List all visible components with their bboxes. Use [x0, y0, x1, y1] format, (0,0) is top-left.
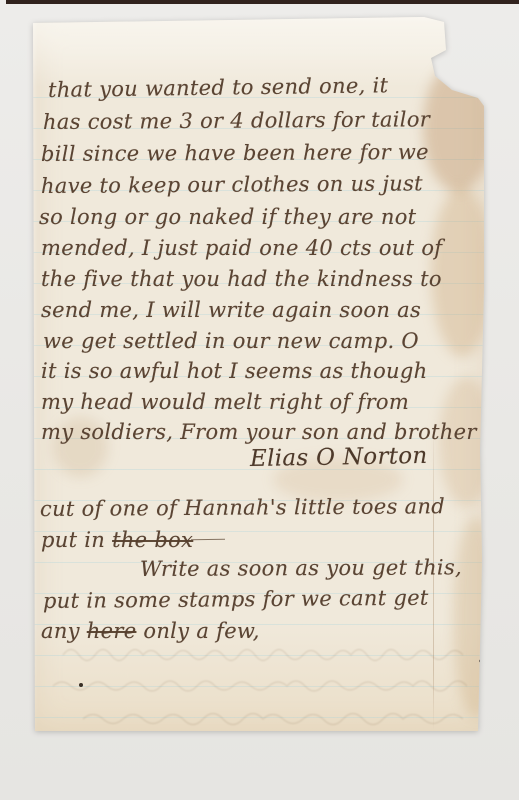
- letter-line: we get settled in our new camp. O: [43, 329, 419, 353]
- struck-text: the box: [112, 528, 193, 552]
- signature: Elias O Norton: [250, 443, 428, 472]
- line-text: my head would melt right of from: [41, 390, 409, 414]
- line-text: bill since we have been here for we: [41, 140, 429, 166]
- ink-speck: [479, 659, 484, 663]
- letter-page-wrap: that you wanted to send one, it has cost…: [33, 17, 484, 731]
- letter-page: that you wanted to send one, it has cost…: [33, 17, 484, 731]
- letter-line: bill since we have been here for we: [41, 140, 429, 166]
- scan-edge-strip: [6, 0, 519, 4]
- letter-line: mended, I just paid one 40 cts out of: [41, 236, 442, 260]
- letter-line: that you wanted to send one, it: [48, 73, 389, 102]
- line-text: put in some stamps for we cant get: [43, 586, 429, 613]
- letter-line: send me, I will write again soon as: [41, 298, 421, 322]
- line-text: put in: [41, 528, 112, 552]
- struck-text: here: [87, 619, 137, 643]
- strikethrough-extension: [191, 539, 225, 541]
- line-text: my soldiers, From your son and brother: [41, 420, 477, 444]
- letter-line: any here only a few,: [41, 619, 260, 643]
- letter-line: cut of one of Hannah's little toes and: [40, 494, 445, 521]
- letter-scan: that you wanted to send one, it has cost…: [0, 0, 519, 800]
- line-text: has cost me 3 or 4 dollars for tailor: [43, 107, 430, 134]
- line-text: it is so awful hot I seems as though: [41, 359, 427, 383]
- line-text: any: [41, 619, 87, 643]
- line-text: the five that you had the kindness to: [41, 267, 442, 291]
- letter-line: put in some stamps for we cant get: [43, 586, 429, 613]
- letter-line: so long or go naked if they are not: [39, 205, 416, 229]
- line-text: cut of one of Hannah's little toes and: [40, 494, 445, 521]
- line-text: only a few,: [136, 619, 259, 643]
- line-text: that you wanted to send one, it: [48, 73, 389, 102]
- line-text: have to keep our clothes on us just: [41, 171, 423, 198]
- letter-line: have to keep our clothes on us just: [41, 171, 423, 198]
- line-text: mended, I just paid one 40 cts out of: [41, 236, 442, 260]
- signature-text: Elias O Norton: [250, 443, 428, 472]
- letter-line: Write as soon as you get this,: [140, 555, 462, 581]
- letter-line: the five that you had the kindness to: [41, 267, 442, 291]
- letter-line: has cost me 3 or 4 dollars for tailor: [43, 107, 430, 134]
- letter-line: put in the box: [41, 528, 225, 552]
- letter-line: it is so awful hot I seems as though: [41, 359, 427, 383]
- line-text: we get settled in our new camp. O: [43, 329, 419, 353]
- line-text: so long or go naked if they are not: [39, 205, 416, 229]
- letter-line: my soldiers, From your son and brother: [41, 420, 477, 444]
- line-text: send me, I will write again soon as: [41, 298, 421, 322]
- line-text: Write as soon as you get this,: [140, 555, 462, 581]
- letter-line: my head would melt right of from: [41, 390, 409, 414]
